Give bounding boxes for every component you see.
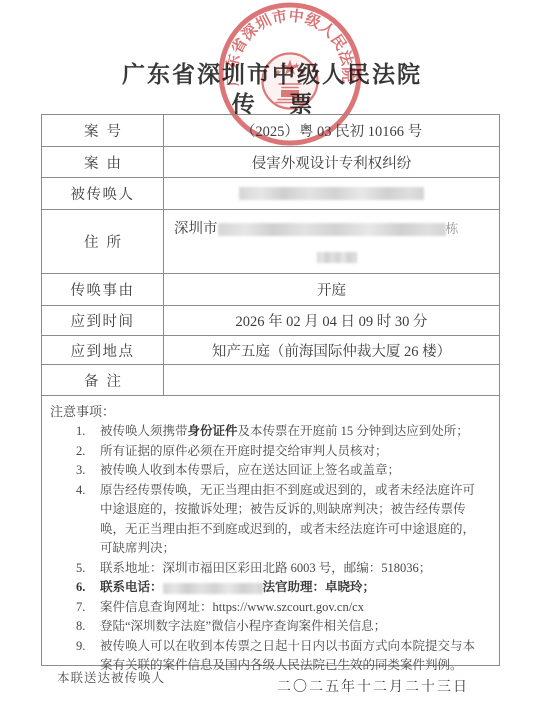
note-text-segment: 及本传票在开庭前 15 分钟到达应到处所； <box>238 424 469 438</box>
notes-heading: 注意事项： <box>50 402 475 422</box>
summons-reason-label: 传唤事由 <box>42 274 164 306</box>
note-text: 联系地址：深圳市福田区彩田北路 6003 号，邮编：518036； <box>100 559 475 579</box>
redacted-address-block <box>218 223 446 236</box>
note-number: 7. <box>76 598 100 618</box>
note-item-2: 2. 所有证据的原件必须在开庭时提交给审判人员核对； <box>76 442 475 462</box>
appearance-time-value: 2026 年 02 月 04 日 09 时 30 分 <box>164 306 500 336</box>
redacted-name-block <box>239 187 424 200</box>
note-item-7: 7. 案件信息查询网址：https://www.szcourt.gov.cn/c… <box>76 598 475 618</box>
note-text: 联系电话：法官助理：卓晓玲； <box>100 578 475 598</box>
table-row: 案由 侵害外观设计专利权纠纷 <box>42 147 500 178</box>
cause-of-action-label: 案由 <box>42 147 164 178</box>
note-text: 被传唤人须携带身份证件及本传票在开庭前 15 分钟到达应到处所； <box>100 422 475 442</box>
note-text: 登陆“深圳数字法庭”微信小程序查询案件相关信息； <box>100 617 475 637</box>
delivery-copy-note: 本联送达被传唤人 <box>57 668 165 686</box>
case-number-label: 案号 <box>42 115 164 147</box>
summons-table: 案号 （2025）粤 03 民初 10166 号 案由 侵害外观设计专利权纠纷 … <box>41 114 500 666</box>
redacted-address-block-2 <box>317 252 357 263</box>
note-number: 6. <box>76 578 100 598</box>
note-item-5: 5. 联系地址：深圳市福田区彩田北路 6003 号，邮编：518036； <box>76 559 475 579</box>
address-prefix: 深圳市 <box>174 221 218 237</box>
note-item-4: 4. 原告经传票传唤，无正当理由拒不到庭或迟到的，或者未经法庭许可中途退庭的，按… <box>76 481 475 559</box>
note-number: 1. <box>76 422 100 442</box>
note-text: 所有证据的原件必须在开庭时提交给审判人员核对； <box>100 442 475 462</box>
table-row: 应到时间 2026 年 02 月 04 日 09 时 30 分 <box>42 306 500 336</box>
summoned-person-label: 被传唤人 <box>42 178 164 210</box>
address-trailing-char: 栋 <box>446 221 459 236</box>
appearance-place-label: 应到地点 <box>42 336 164 365</box>
note-item-8: 8. 登陆“深圳数字法庭”微信小程序查询案件相关信息； <box>76 617 475 637</box>
table-row: 应到地点 知产五庭（前海国际仲裁大厦 26 楼） <box>42 336 500 365</box>
court-name-title: 广东省深圳市中级人民法院 <box>0 56 544 89</box>
note-item-6: 6. 联系电话：法官助理：卓晓玲； <box>76 578 475 598</box>
note-number: 5. <box>76 559 100 579</box>
note-number: 2. <box>76 442 100 462</box>
appearance-place-value: 知产五庭（前海国际仲裁大厦 26 楼） <box>164 336 500 365</box>
note-item-3: 3. 被传唤人收到本传票后，应在送达回证上签名或盖章； <box>76 461 475 481</box>
table-row: 备注 <box>42 365 500 396</box>
redacted-phone-block <box>163 583 263 594</box>
note-bold-segment: 身份证件 <box>188 424 238 438</box>
address-label: 住所 <box>42 210 164 274</box>
note-text: 案件信息查询网址：https://www.szcourt.gov.cn/cx <box>100 598 475 618</box>
note-item-1: 1. 被传唤人须携带身份证件及本传票在开庭前 15 分钟到达应到处所； <box>76 422 475 442</box>
note-number: 4. <box>76 481 100 559</box>
notes-section: 注意事项： 1. 被传唤人须携带身份证件及本传票在开庭前 15 分钟到达应到处所… <box>42 396 500 666</box>
remarks-value <box>164 365 500 396</box>
note-number: 8. <box>76 617 100 637</box>
table-row: 住所 深圳市栋 <box>42 210 500 274</box>
note-text-segment: 被传唤人须携带 <box>100 424 188 438</box>
address-value: 深圳市栋 <box>164 210 500 274</box>
cause-of-action-value: 侵害外观设计专利权纠纷 <box>164 147 500 178</box>
case-number-value: （2025）粤 03 民初 10166 号 <box>164 115 500 147</box>
note-text-segment: 联系电话： <box>100 580 163 594</box>
table-row: 传唤事由 开庭 <box>42 274 500 306</box>
summoned-person-value <box>164 178 500 210</box>
remarks-label: 备注 <box>42 365 164 396</box>
note-text: 原告经传票传唤，无正当理由拒不到庭或迟到的，或者未经法庭许可中途退庭的，按撤诉处… <box>100 481 475 559</box>
court-summons-document: 广东省深圳市中级人民法院 传票 广东省深圳市中级人民法院 <box>0 0 544 718</box>
summons-reason-value: 开庭 <box>164 274 500 306</box>
note-number: 3. <box>76 461 100 481</box>
table-row: 案号 （2025）粤 03 民初 10166 号 <box>42 115 500 147</box>
table-row: 被传唤人 <box>42 178 500 210</box>
note-text-segment: 法官助理：卓晓玲； <box>263 580 376 594</box>
appearance-time-label: 应到时间 <box>42 306 164 336</box>
note-text: 被传唤人收到本传票后，应在送达回证上签名或盖章； <box>100 461 475 481</box>
notes-row: 注意事项： 1. 被传唤人须携带身份证件及本传票在开庭前 15 分钟到达应到处所… <box>42 396 500 666</box>
